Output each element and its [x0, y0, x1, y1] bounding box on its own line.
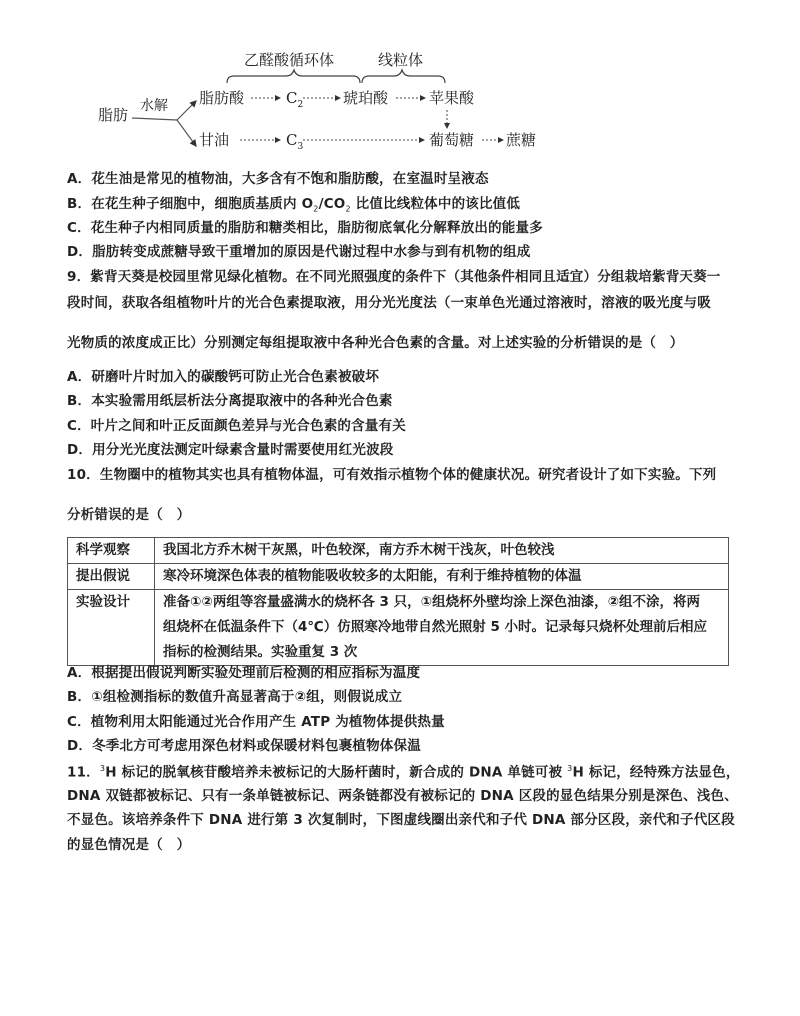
- q9-option-b: B．本实验需用纸层析法分离提取液中的各种光合色素: [67, 395, 393, 409]
- q10-stem-line1: 10．生物圈中的植物其实也具有植物体温，可有效指示植物个体的健康状况。研究者设计…: [67, 469, 716, 483]
- q10-option-d: D．冬季北方可考虑用深色材料或保暖材料包裹植物体保温: [67, 740, 421, 754]
- succinic-acid-label: 琥珀酸: [343, 91, 388, 106]
- experiment-table: 科学观察 我国北方乔木树干灰黑，叶色较深，南方乔木树干浅灰，叶色较浅 提出假说 …: [67, 537, 729, 666]
- q9-stem-line2: 段时间，获取各组植物叶片的光合色素提取液，用分光光度法（一束单色光通过溶液时，溶…: [67, 297, 711, 311]
- q9-option-d: D．用分光光度法测定叶绿素含量时需要使用红光波段: [67, 444, 394, 458]
- q11-stem-line3: 不显色。该培养条件下 DNA 进行第 3 次复制时，下图虚线圈出亲代和子代 DN…: [67, 814, 735, 828]
- fatty-acid-label: 脂肪酸: [199, 91, 244, 106]
- hydrolysis-label: 水解: [140, 99, 168, 113]
- q10-option-b: B．①组检测指标的数值升高显著高于②组，则假说成立: [67, 691, 402, 705]
- row-content: 准备①②两组等容量盛满水的烧杯各 3 只，①组烧杯外壁均涂上深色油漆，②组不涂，…: [155, 590, 729, 666]
- q11-stem-line4: 的显色情况是（ ）: [67, 839, 190, 853]
- q8-option-b: B．在花生种子细胞中，细胞质基质内 O2/CO2 比值比线粒体中的该比值低: [67, 198, 520, 214]
- q11-stem-line2: DNA 双链都被标记、只有一条单链被标记、两条链都没有被标记的 DNA 区段的显…: [67, 790, 738, 804]
- row-label: 实验设计: [68, 590, 155, 666]
- row-content: 寒冷环境深色体表的植物能吸收较多的太阳能，有利于维持植物的体温: [155, 564, 729, 590]
- q9-stem-line3: 光物质的浓度成正比）分别测定每组提取液中各种光合色素的含量。对上述实验的分析错误…: [67, 337, 684, 351]
- q10-option-a: A．根据提出假说判断实验处理前后检测的相应指标为温度: [67, 667, 420, 681]
- c2-label: C2: [286, 91, 303, 110]
- glucose-label: 葡萄糖: [429, 133, 474, 148]
- diagram-arrows: [0, 0, 800, 170]
- c3-label: C3: [286, 133, 303, 152]
- q10-option-c: C．植物利用太阳能通过光合作用产生 ATP 为植物体提供热量: [67, 716, 445, 730]
- q8-option-a: A．花生油是常见的植物油，大多含有不饱和脂肪酸，在室温时呈液态: [67, 173, 489, 187]
- table-row: 实验设计 准备①②两组等容量盛满水的烧杯各 3 只，①组烧杯外壁均涂上深色油漆，…: [68, 590, 729, 666]
- row-label: 科学观察: [68, 538, 155, 564]
- sucrose-label: 蔗糖: [506, 133, 536, 148]
- malic-acid-label: 苹果酸: [429, 91, 474, 106]
- q11-stem-line1: 11．3H 标记的脱氧核苷酸培养未被标记的大肠杆菌时，新合成的 DNA 单链可被…: [67, 765, 740, 780]
- q9-option-c: C．叶片之间和叶正反面颜色差异与光合色素的含量有关: [67, 420, 406, 434]
- fat-label: 脂肪: [98, 108, 128, 123]
- glyoxysome-label: 乙醛酸循环体: [244, 53, 334, 68]
- table-row: 提出假说 寒冷环境深色体表的植物能吸收较多的太阳能，有利于维持植物的体温: [68, 564, 729, 590]
- mitochondria-label: 线粒体: [378, 53, 423, 68]
- row-label: 提出假说: [68, 564, 155, 590]
- glycerol-label: 甘油: [199, 133, 229, 148]
- row-content: 我国北方乔木树干灰黑，叶色较深，南方乔木树干浅灰，叶色较浅: [155, 538, 729, 564]
- fat-metabolism-diagram: 脂肪 水解 脂肪酸 甘油 C2 C3 琥珀酸 苹果酸 葡萄糖 蔗糖 乙醛酸循环体…: [0, 0, 800, 170]
- q8-option-d: D．脂肪转变成蔗糖导致干重增加的原因是代谢过程中水参与到有机物的组成: [67, 246, 531, 260]
- table-row: 科学观察 我国北方乔木树干灰黑，叶色较深，南方乔木树干浅灰，叶色较浅: [68, 538, 729, 564]
- q9-option-a: A．研磨叶片时加入的碳酸钙可防止光合色素被破坏: [67, 371, 379, 385]
- q8-option-c: C．花生种子内相同质量的脂肪和糖类相比，脂肪彻底氧化分解释放出的能量多: [67, 222, 543, 236]
- q9-stem-line1: 9．紫背天葵是校园里常见绿化植物。在不同光照强度的条件下（其他条件相同且适宜）分…: [67, 271, 721, 285]
- q10-stem-line2: 分析错误的是（ ）: [67, 509, 190, 523]
